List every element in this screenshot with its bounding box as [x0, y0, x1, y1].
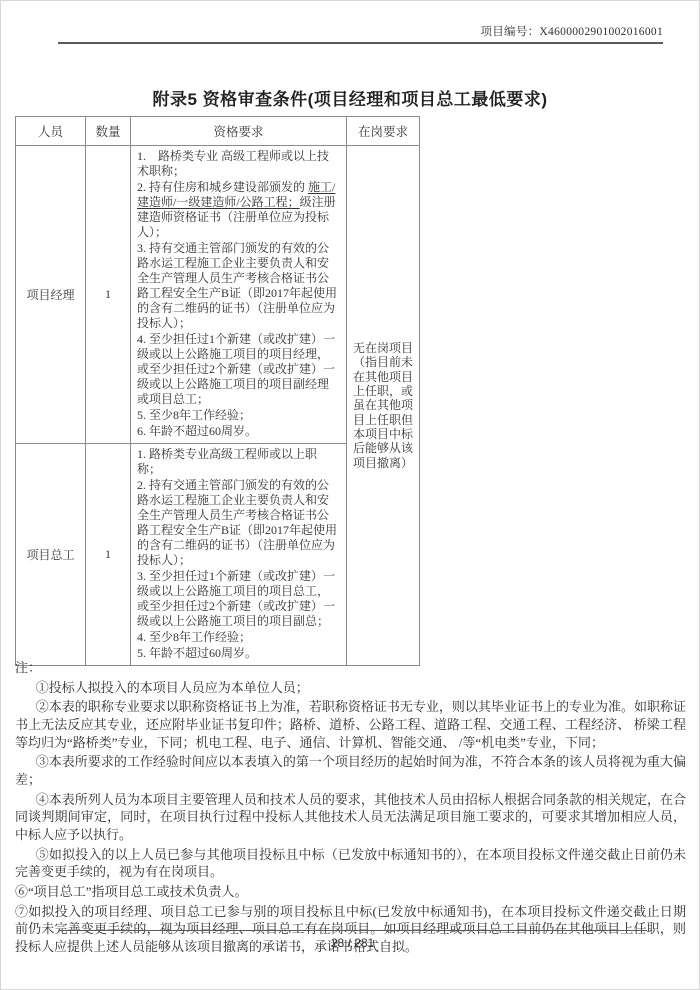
notes-section: 注： ①投标人拟投入的本项目人员应为本单位人员； ②本表的职称专业要求以职称资格…	[15, 659, 686, 958]
requirement-item: 6. 年龄不超过60周岁。	[137, 424, 340, 439]
table-header-row: 人员 数量 资格要求 在岗要求	[16, 117, 420, 146]
requirement-text: 2. 持有住房和城乡建设部颁发的	[137, 180, 308, 194]
requirement-item: 2. 持有交通主管部门颁发的有效的公路水运工程施工企业主要负责人和安全生产管理人…	[137, 478, 340, 568]
col-header-quantity: 数量	[86, 117, 131, 146]
requirement-item: 2. 持有住房和城乡建设部颁发的 施工/建造师/一级建造师/公路工程；级注册建造…	[137, 180, 340, 240]
document-footer: 28 / 281	[58, 930, 647, 950]
qualification-table: 人员 数量 资格要求 在岗要求 项目经理 1 1. 路桥类专业 高级工程师或以上…	[15, 116, 420, 666]
requirement-item: 5. 至少8年工作经验；	[137, 408, 340, 423]
note-item-3: ③本表所要求的工作经验时间应以本表填入的第一个项目经历的起始时间为准，不符合本条…	[15, 753, 686, 788]
note-item-4: ④本表所列人员为本项目主要管理人员和技术人员的要求，其他技术人员由招标人根据合同…	[15, 791, 686, 844]
onduty-requirement-cell: 无在岗项目（指目前未在其他项目上任职，或虽在其他项目上任职但本项目中标后能够从该…	[347, 146, 420, 666]
requirement-item: 1. 路桥类专业 高级工程师或以上技术职称；	[137, 149, 340, 179]
requirement-item: 3. 至少担任过1个新建（或改扩建）一级或以上公路施工项目的项目总工，或至少担任…	[137, 569, 340, 629]
notes-label: 注：	[15, 659, 686, 677]
note-item-1: ①投标人拟投入的本项目人员应为本单位人员；	[15, 679, 686, 697]
page-title: 附录5 资格审查条件(项目经理和项目总工最低要求)	[1, 85, 699, 110]
requirement-item: 4. 至少8年工作经验；	[137, 630, 340, 645]
page-number: 28 / 281	[331, 936, 374, 950]
requirement-item: 3. 持有交通主管部门颁发的有效的公路水运工程施工企业主要负责人和安全生产管理人…	[137, 241, 340, 331]
project-number: 项目编号：X4600002901002016001	[480, 26, 663, 38]
col-header-onduty: 在岗要求	[347, 117, 420, 146]
document-page: 项目编号：X4600002901002016001 附录5 资格审查条件(项目经…	[0, 0, 700, 990]
personnel-cell: 项目经理	[16, 146, 86, 444]
table-row-project-manager: 项目经理 1 1. 路桥类专业 高级工程师或以上技术职称； 2. 持有住房和城乡…	[16, 146, 420, 444]
requirement-item: 1. 路桥类专业高级工程师或以上职称；	[137, 447, 340, 477]
note-item-5: ⑤如拟投入的以上人员已参与其他项目投标且中标（已发放中标通知书的），在本项目投标…	[15, 846, 686, 881]
quantity-cell: 1	[86, 444, 131, 666]
requirement-item: 4. 至少担任过1个新建（或改扩建）一级或以上公路施工项目的项目经理，或至少担任…	[137, 332, 340, 407]
document-header: 项目编号：X4600002901002016001	[58, 23, 663, 44]
quantity-cell: 1	[86, 146, 131, 444]
note-item-2: ②本表的职称专业要求以职称资格证书上为准，若职称资格证书无专业，则以其毕业证书上…	[15, 698, 686, 751]
qualification-cell: 1. 路桥类专业高级工程师或以上职称； 2. 持有交通主管部门颁发的有效的公路水…	[131, 444, 347, 666]
qualification-cell: 1. 路桥类专业 高级工程师或以上技术职称； 2. 持有住房和城乡建设部颁发的 …	[131, 146, 347, 444]
personnel-cell: 项目总工	[16, 444, 86, 666]
note-item-6: ⑥“项目总工”指项目总工或技术负责人。	[15, 883, 686, 901]
col-header-qualification: 资格要求	[131, 117, 347, 146]
col-header-personnel: 人员	[16, 117, 86, 146]
